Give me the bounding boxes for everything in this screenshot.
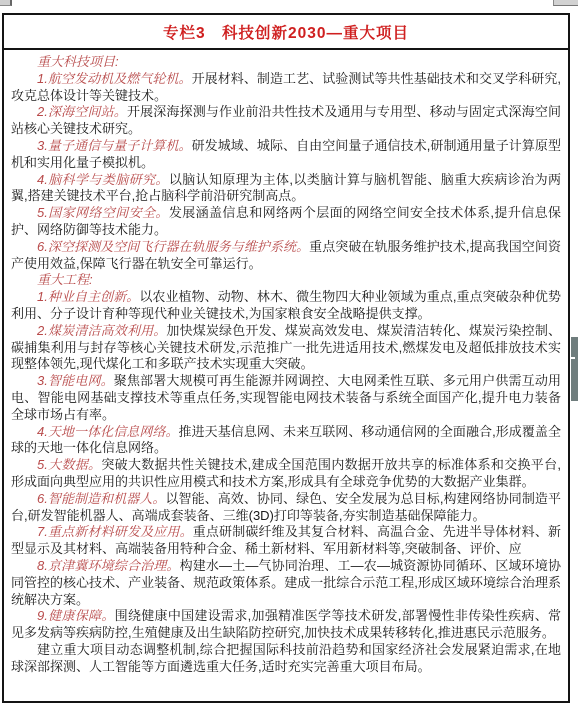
item-lead: 9.健康保障。: [37, 608, 115, 623]
section-heading-major-sci-projects: 重大科技项目:: [11, 54, 561, 71]
project-item: 6.智能制造和机器人。以智能、高效、协同、绿色、安全发展为总目标,构建网络协同制…: [11, 491, 561, 525]
project-item: 2.煤炭清洁高效利用。加快煤炭绿色开发、煤炭高效发电、煤炭清洁转化、煤炭污染控制…: [11, 323, 561, 373]
project-item: 4.脑科学与类脑研究。以脑认知原理为主体,以类脑计算与脑机智能、脑重大疾病诊治为…: [11, 172, 561, 206]
project-item: 4.天地一体化信息网络。推进天基信息网、未来互联网、移动通信网的全面融合,形成覆…: [11, 424, 561, 458]
item-lead: 5.国家网络空间安全。: [37, 205, 169, 220]
project-item: 5.大数据。突破大数据共性关键技术,建成全国范围内数据开放共享的标准体系和交换平…: [11, 457, 561, 491]
document-content: 重大科技项目: 1.航空发动机及燃气轮机。开展材料、制造工艺、试验测试等共性基础…: [4, 50, 568, 701]
item-lead: 6.深空探测及空间飞行器在轨服务与维护系统。: [37, 239, 309, 254]
item-lead: 2.煤炭清洁高效利用。: [37, 323, 166, 338]
closing-text: 建立重大项目动态调整机制,综合把握国际科技前沿趋势和国家经济社会发展紧迫需求,在…: [11, 642, 561, 674]
project-item: 8.京津冀环境综合治理。构建水—土—气协同治理、工—农—城资源协同循环、区域环境…: [11, 558, 561, 608]
project-item: 1.种业自主创新。以农业植物、动物、林木、微生物四大种业领域为重点,重点突破杂种…: [11, 289, 561, 323]
project-item: 3.智能电网。聚焦部署大规模可再生能源并网调控、大电网柔性互联、多元用户供需互动…: [11, 373, 561, 423]
item-lead: 4.脑科学与类脑研究。: [37, 172, 169, 187]
item-lead: 8.京津冀环境综合治理。: [37, 558, 180, 573]
section-heading-major-engineering: 重大工程:: [11, 272, 561, 289]
scrollbar-thumb-notch: [571, 357, 575, 359]
item-lead: 4.天地一体化信息网络。: [37, 424, 179, 439]
project-item: 1.航空发动机及燃气轮机。开展材料、制造工艺、试验测试等共性基础技术和交叉学科研…: [11, 71, 561, 105]
document-box: 专栏3 科技创新2030—重大项目 重大科技项目: 1.航空发动机及燃气轮机。开…: [2, 13, 570, 703]
item-lead: 1.航空发动机及燃气轮机。: [37, 71, 192, 86]
project-item: 9.健康保障。围绕健康中国建设需求,加强精准医学等技术研发,部署慢性非传染性疾病…: [11, 608, 561, 642]
item-lead: 3.量子通信与量子计算机。: [37, 138, 192, 153]
item-lead: 3.智能电网。: [37, 373, 114, 388]
project-item: 5.国家网络空间安全。发展涵盖信息和网络两个层面的网络空间安全技术体系,提升信息…: [11, 205, 561, 239]
item-lead: 2.深海空间站。: [37, 104, 127, 119]
scrollbar-thumb[interactable]: [571, 337, 578, 401]
item-lead: 7.重点新材料研发及应用。: [37, 524, 193, 539]
project-item: 3.量子通信与量子计算机。研发城域、城际、自由空间量子通信技术,研制通用量子计算…: [11, 138, 561, 172]
project-item: 7.重点新材料研发及应用。重点研制碳纤维及其复合材料、高温合金、先进半导体材料、…: [11, 524, 561, 558]
project-item: 6.深空探测及空间飞行器在轨服务与维护系统。重点突破在轨服务维护技术,提高我国空…: [11, 239, 561, 273]
item-lead: 1.种业自主创新。: [37, 289, 139, 304]
project-item: 2.深海空间站。开展深海探测与作业前沿共性技术及通用与专用型、移动与固定式深海空…: [11, 104, 561, 138]
closing-paragraph: 建立重大项目动态调整机制,综合把握国际科技前沿趋势和国家经济社会发展紧迫需求,在…: [11, 642, 561, 676]
column-title-bar: 专栏3 科技创新2030—重大项目: [4, 15, 568, 50]
ui-fragment-top-left: [0, 0, 12, 6]
item-lead: 6.智能制造和机器人。: [37, 491, 165, 506]
ui-fragment-top-right: [553, 0, 578, 6]
item-lead: 5.大数据。: [37, 457, 101, 472]
page-title: 专栏3 科技创新2030—重大项目: [163, 21, 409, 43]
